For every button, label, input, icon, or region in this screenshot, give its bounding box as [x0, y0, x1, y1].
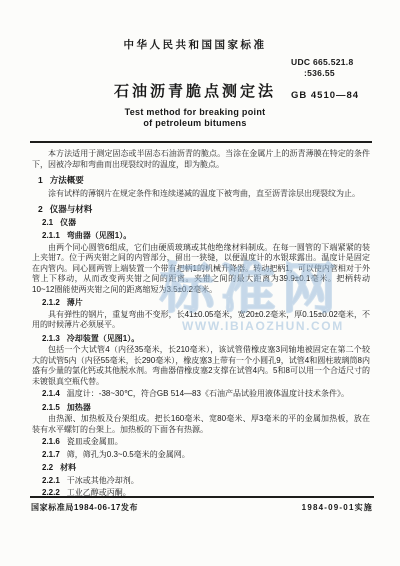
- clause-number: 2.1.6: [42, 437, 60, 446]
- section-heading: 2.2材料: [42, 463, 370, 474]
- section-heading: 2.1.1弯曲器（见图1）。: [42, 231, 370, 242]
- clause-text: 涂有试样的薄钢片在规定条件和连续递减的温度下被弯曲，直至沥青涂层出现裂纹为止。: [48, 189, 360, 198]
- section-heading: 2仪器与材料: [38, 204, 370, 215]
- clause-text: 弯曲器（见图1）。: [67, 231, 131, 240]
- body-paragraph: 包括一个大试管4（内径35毫米，长210毫米），该试管借橡皮塞3同轴地被固定在第…: [32, 345, 370, 387]
- body-paragraph: 涂有试样的薄钢片在规定条件和连续递减的温度下被弯曲，直至沥青涂层出现裂纹为止。: [32, 189, 370, 200]
- clause-number: 2.1.2: [42, 298, 60, 307]
- clause-text: 由热源、加热板及台架组成。把长160毫米、宽80毫米、厚3毫米的平的金属加热板，…: [32, 414, 370, 434]
- clause-text: 薄片: [67, 298, 83, 307]
- standard-code: GB 4510—84: [291, 90, 359, 101]
- clause-number: 2.1.5: [42, 403, 60, 412]
- clause-number: 2.1.3: [42, 334, 60, 343]
- clause-text: 材料: [60, 463, 76, 472]
- clause-text: 方法概要: [50, 175, 84, 185]
- clause-number: 2.1.1: [42, 231, 60, 240]
- section-heading: 2.1.5加热器: [42, 403, 370, 414]
- clause-number: 2.2: [42, 463, 53, 472]
- body-paragraph: 具有弹性的钢片，重复弯曲不变形，长41±0.05毫米，宽20±0.2毫米，厚0.…: [32, 310, 370, 331]
- clause-item: 2.1.6瓷皿或金属皿。: [42, 437, 370, 448]
- clause-text: 筛，筛孔为0.3~0.5毫米的金属网。: [67, 450, 190, 459]
- national-standard-org-line: 中华人民共和国国家标准: [0, 37, 390, 52]
- clause-number: 2.1.7: [42, 450, 60, 459]
- body-paragraph: 由热源、加热板及台架组成。把长160毫米、宽80毫米、厚3毫米的平的金属加热板，…: [32, 414, 370, 435]
- clause-text: 仪器与材料: [50, 204, 93, 214]
- clause-number: 2.1: [42, 218, 53, 227]
- document-title-english: Test method for breaking point of petrol…: [0, 107, 390, 129]
- udc-line2: :536.55: [291, 68, 354, 79]
- clause-number: 1: [38, 175, 43, 185]
- clause-text: 冷却装置（见图1）。: [67, 334, 139, 343]
- title-english-line1: Test method for breaking point: [0, 107, 390, 118]
- clause-text: 具有弹性的钢片，重复弯曲不变形，长41±0.05毫米，宽20±0.2毫米，厚0.…: [32, 310, 370, 330]
- clause-text: 干冰或其他冷却剂。: [67, 476, 139, 485]
- clause-text: 包括一个大试管4（内径35毫米，长210毫米），该试管借橡皮塞3同轴地被固定在第…: [32, 345, 370, 386]
- footer-effective-date: 1984-09-01实施: [302, 502, 373, 513]
- title-english-line2: of petroleum bitumens: [0, 118, 390, 129]
- clause-item: 2.1.4温度计：-38~30℃，符合GB 514—83《石油产品试验用液体温度…: [42, 389, 370, 400]
- clause-text: 本方法适用于测定固态或半固态石油沥青的脆点。当涂在金属片上的沥青薄膜在特定的条件…: [32, 149, 370, 169]
- section-heading: 2.1.2薄片: [42, 298, 370, 309]
- header-divider-rule: [30, 141, 372, 143]
- section-heading: 2.1仪器: [42, 218, 370, 229]
- clause-item: 2.2.1干冰或其他冷却剂。: [42, 476, 370, 487]
- body-paragraph: 本方法适用于测定固态或半固态石油沥青的脆点。当涂在金属片上的沥青薄膜在特定的条件…: [32, 149, 370, 170]
- section-heading: 1方法概要: [38, 175, 370, 186]
- footer-issued-by: 国家标准局1984-06-17发布: [31, 502, 138, 513]
- body-paragraph: 由两个同心圆管6组成，它们由硬质玻璃或其他绝缘材料制成。在每一圆管的下端紧紧的装…: [32, 243, 370, 296]
- clause-text: 加热器: [67, 403, 91, 412]
- standard-document-page: 中华人民共和国国家标准 UDC 665.521.8 :536.55 石油沥青脆点…: [0, 0, 400, 566]
- clause-text: 仪器: [60, 218, 76, 227]
- clause-number: 2.2.1: [42, 476, 60, 485]
- footer-divider-rule: [30, 496, 374, 498]
- clause-number: 2.1.4: [42, 389, 60, 398]
- udc-line1: UDC 665.521.8: [291, 57, 354, 68]
- section-heading: 2.1.3冷却装置（见图1）。: [42, 334, 370, 345]
- clause-text: 瓷皿或金属皿。: [67, 437, 123, 446]
- udc-classification: UDC 665.521.8 :536.55: [291, 57, 354, 78]
- clause-number: 2: [38, 204, 43, 214]
- clause-text: 温度计：-38~30℃，符合GB 514—83《石油产品试验用液体温度计技术条件…: [67, 389, 349, 398]
- document-body: 本方法适用于测定固态或半固态石油沥青的脆点。当涂在金属片上的沥青薄膜在特定的条件…: [32, 149, 370, 500]
- clause-item: 2.1.7筛，筛孔为0.3~0.5毫米的金属网。: [42, 450, 370, 461]
- clause-text: 由两个同心圆管6组成，它们由硬质玻璃或其他绝缘材料制成。在每一圆管的下端紧紧的装…: [32, 243, 370, 294]
